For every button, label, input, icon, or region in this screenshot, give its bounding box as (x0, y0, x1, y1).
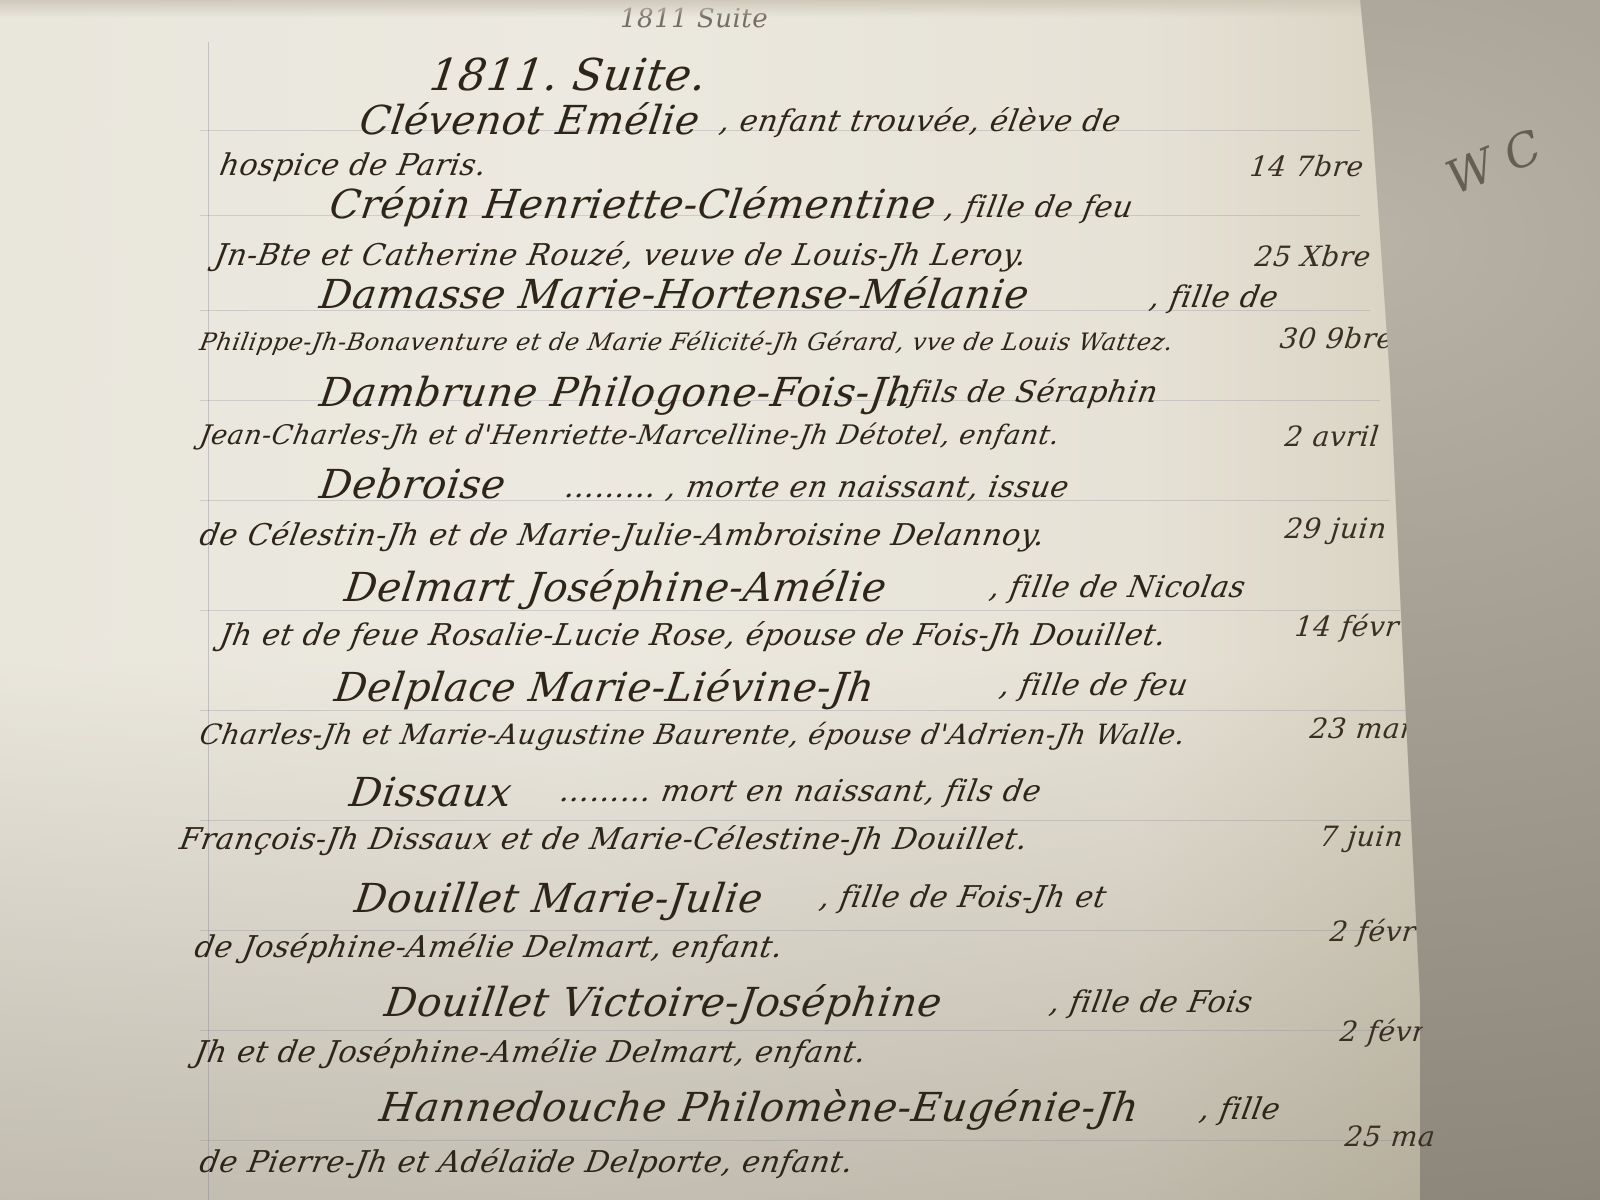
entry-date: 29 juin (1283, 512, 1388, 545)
entry-date: 14 7bre (1248, 150, 1365, 183)
entry-text: , fille de Fois (1047, 985, 1256, 1020)
entry-name: Delmart Joséphine-Amélie (342, 565, 890, 611)
entry-text: Jean-Charles-Jh et d'Henriette-Marcellin… (197, 420, 1062, 451)
entry-name: Clévenot Emélie (357, 98, 703, 144)
entry-text: , fille de (1147, 280, 1281, 315)
entry-date: 2 avril (1283, 420, 1380, 453)
entry-text: de Pierre-Jh et Adélaïde Delporte, enfan… (197, 1145, 856, 1180)
ruled-line (200, 820, 1420, 821)
entry-text: , fille de Fois-Jh et (817, 880, 1109, 915)
entry-date: 2 févr (1328, 915, 1417, 948)
entry-name: Dambrune Philogone-Fois-Jh (317, 370, 916, 416)
entry-text: , fils de Séraphin (887, 375, 1161, 410)
entry-name: Douillet Marie-Julie (352, 876, 766, 922)
entry-text: ……… , morte en naissant, issue (562, 470, 1072, 505)
ruled-line (200, 1030, 1440, 1031)
entry-text: Philippe-Jh-Bonaventure et de Marie Féli… (198, 328, 1176, 356)
entry-text: de Joséphine-Amélie Delmart, enfant. (192, 930, 786, 965)
entry-date: 2 févr (1338, 1015, 1427, 1048)
entry-text: hospice de Paris. (217, 148, 489, 183)
entry-date: 7 juin (1318, 820, 1405, 853)
entry-date: 23 mar (1308, 712, 1416, 745)
entry-text: , fille (1197, 1092, 1283, 1127)
page-header: 1811. Suite. (426, 50, 709, 101)
entry-name: Douillet Victoire-Joséphine (382, 980, 945, 1026)
entry-text: , fille de Nicolas (987, 570, 1248, 605)
ruled-line (200, 1140, 1450, 1141)
entry-text: ……… mort en naissant, fils de (557, 774, 1044, 809)
entry-name: Dissaux (347, 770, 515, 816)
register-page: 1811 Suite 1811. Suite. Clévenot Emélie … (0, 0, 1420, 1200)
faint-top-header: 1811 Suite (620, 4, 768, 34)
entry-date: 14 févr (1293, 610, 1401, 643)
entry-text: , fille de feu (942, 190, 1136, 225)
entry-name: Hannedouche Philomène-Eugénie-Jh (377, 1085, 1142, 1131)
entry-name: Damasse Marie-Hortense-Mélanie (317, 272, 1032, 318)
entry-text: François-Jh Dissaux et de Marie-Célestin… (177, 822, 1031, 857)
entry-text: Jh et de feue Rosalie-Lucie Rose, épouse… (217, 618, 1169, 653)
entry-name: Delplace Marie-Liévine-Jh (332, 665, 878, 711)
entry-text: Jh et de Joséphine-Amélie Delmart, enfan… (192, 1035, 869, 1070)
entry-text: Charles-Jh et Marie-Augustine Baurente, … (197, 718, 1188, 751)
surface-scribble: W C (1438, 119, 1548, 205)
entry-text: Jn-Bte et Catherine Rouzé, veuve de Loui… (212, 238, 1030, 273)
entry-text: , fille de feu (997, 668, 1191, 703)
entry-text: de Célestin-Jh et de Marie-Julie-Ambrois… (197, 518, 1048, 553)
entry-date: 25 Xbre (1253, 240, 1372, 273)
entry-text: , enfant trouvée, élève de (717, 104, 1124, 139)
entry-name: Debroise (317, 462, 509, 508)
entry-date: 30 9bre (1278, 322, 1395, 355)
entry-name: Crépin Henriette-Clémentine (327, 182, 939, 228)
